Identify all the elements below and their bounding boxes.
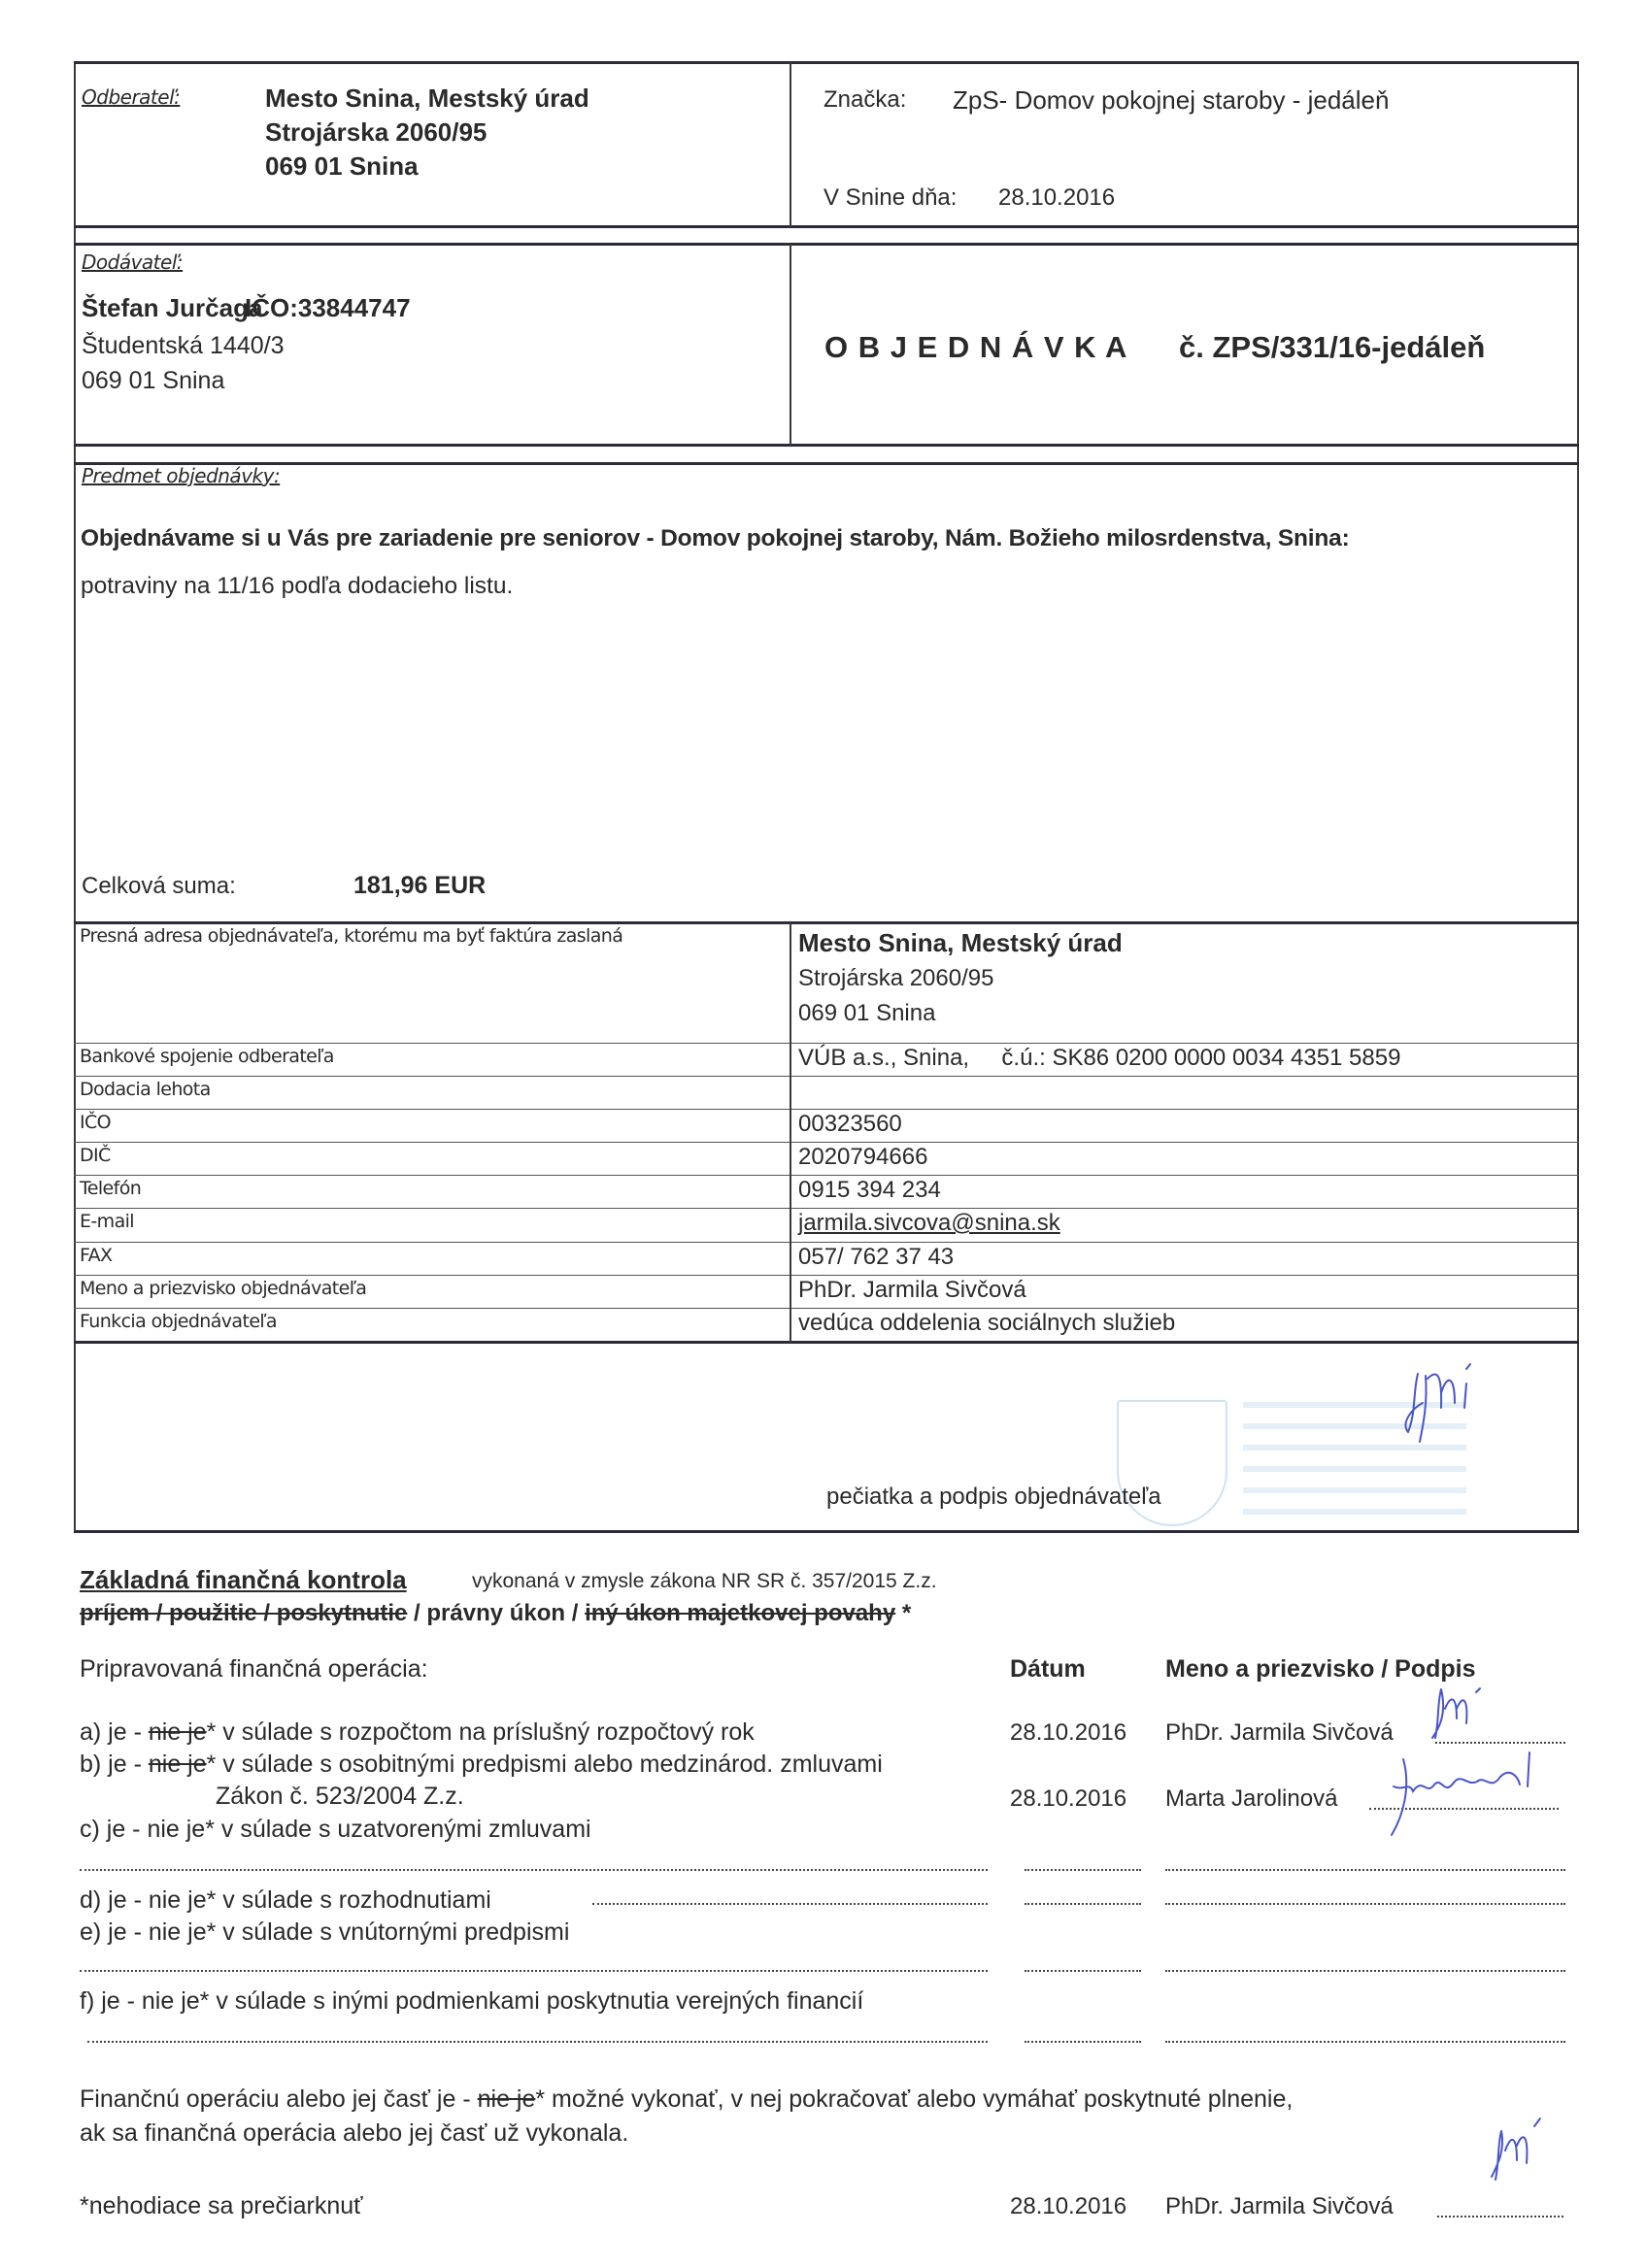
detail-value: 2020794666: [798, 1144, 927, 1171]
dotted-line: [1165, 1970, 1565, 1972]
divider: [74, 921, 1579, 924]
divider: [74, 225, 1579, 228]
signature-line: [1437, 2216, 1563, 2218]
detail-value: VÚB a.s., Snina, č.ú.: SK86 0200 0000 00…: [798, 1045, 1400, 1072]
control-type-star: *: [895, 1600, 911, 1626]
control-item-b-law: Zákon č. 523/2004 Z.z.: [216, 1783, 464, 1811]
control-item-a-date: 28.10.2016: [1010, 1719, 1126, 1747]
detail-label: DIČ: [80, 1145, 111, 1166]
control-item-a: a) je - nie je* v súlade s rozpočtom na …: [80, 1718, 755, 1747]
divider: [74, 462, 1579, 465]
dotted-line: [1165, 1869, 1565, 1871]
reference-label: Značka:: [823, 86, 906, 114]
detail-label: Meno a priezvisko objednávateľa: [80, 1278, 366, 1299]
column-divider: [790, 62, 791, 227]
buyer-label: Odberateľ:: [82, 85, 180, 109]
dotted-line: [1165, 2041, 1565, 2043]
signature-icon: [1398, 1364, 1505, 1451]
supplier-ico: IČO:33844747: [245, 293, 411, 323]
reference-value: ZpS- Domov pokojnej staroby - jedáleň: [953, 85, 1389, 116]
detail-label: Telefón: [80, 1178, 141, 1199]
detail-label: E-mail: [80, 1211, 134, 1232]
subject-line-2: potraviny na 11/16 podľa dodacieho listu…: [81, 573, 513, 600]
control-item-d: d) je - nie je* v súlade s rozhodnutiami: [80, 1886, 491, 1915]
detail-value: 057/ 762 37 43: [798, 1244, 954, 1271]
signature-icon: [1428, 1684, 1486, 1743]
total-value: 181,96 EUR: [353, 872, 486, 900]
control-item-e: e) je - nie je* v súlade s vnútornými pr…: [80, 1918, 569, 1947]
detail-value: 00323560: [798, 1111, 902, 1138]
dotted-line: [87, 2041, 988, 2043]
divider: [74, 1208, 1579, 1209]
final-date: 28.10.2016: [1010, 2193, 1126, 2220]
detail-label: Dodacia lehota: [80, 1079, 211, 1100]
supplier-street: Študentská 1440/3: [82, 332, 285, 360]
control-item-b: b) je - nie je* v súlade s osobitnými pr…: [80, 1751, 883, 1779]
supplier-city: 069 01 Snina: [82, 367, 224, 395]
divider: [74, 1175, 1579, 1176]
conclusion-line-1: Finančnú operáciu alebo jej časť je - ni…: [80, 2085, 1293, 2114]
date-label: V Snine dňa:: [823, 184, 957, 212]
control-item-b-name: Marta Jarolinová: [1165, 1785, 1337, 1813]
control-item-f: f) je - nie je* v súlade s inými podmien…: [80, 1987, 863, 2016]
billing-name: Mesto Snina, Mestský úrad: [798, 928, 1123, 958]
table-border-bottom: [74, 1530, 1579, 1533]
detail-label: FAX: [80, 1245, 112, 1266]
control-law: vykonaná v zmysle zákona NR SR č. 357/20…: [472, 1570, 937, 1593]
detail-label: IČO: [80, 1112, 111, 1133]
dotted-line: [1025, 2041, 1141, 2043]
table-border-right: [1577, 62, 1579, 1533]
control-item-c: c) je - nie je* v súlade s uzatvorenými …: [80, 1816, 591, 1844]
divider: [74, 243, 1579, 246]
order-number: č. ZPS/331/16-jedáleň: [1179, 330, 1485, 365]
detail-value: vedúca oddelenia sociálnych služieb: [798, 1310, 1175, 1337]
subject-line-1: Objednávame si u Vás pre zariadenie pre …: [81, 525, 1350, 552]
detail-label: Bankové spojenie odberateľa: [80, 1046, 334, 1067]
detail-label: Funkcia objednávateľa: [80, 1311, 277, 1332]
email-link[interactable]: jarmila.sivcova@snina.sk: [798, 1210, 1060, 1237]
dotted-line: [80, 1970, 988, 1972]
dotted-line: [1025, 1903, 1141, 1905]
detail-value: PhDr. Jarmila Sivčová: [798, 1277, 1026, 1304]
control-type-struck-1: príjem / použitie / poskytnutie: [80, 1600, 407, 1626]
billing-city: 069 01 Snina: [798, 1000, 935, 1027]
table-border-top: [74, 61, 1579, 64]
divider: [74, 1341, 1579, 1344]
control-item-b-date: 28.10.2016: [1010, 1785, 1126, 1813]
signature-icon: [1384, 1748, 1559, 1845]
divider: [74, 1242, 1579, 1243]
divider: [74, 1043, 1579, 1044]
divider: [74, 1142, 1579, 1143]
supplier-label: Dodávateľ:: [82, 250, 183, 274]
dotted-line: [80, 1869, 988, 1871]
dotted-line: [592, 1903, 988, 1905]
subject-label: Predmet objednávky:: [82, 464, 280, 487]
supplier-name: Štefan Jurčaga: [82, 293, 262, 323]
stamp-caption: pečiatka a podpis objednávateľa: [826, 1484, 1161, 1511]
operation-label: Pripravovaná finančná operácia:: [80, 1655, 428, 1684]
date-value: 28.10.2016: [998, 184, 1115, 212]
divider: [74, 1076, 1579, 1077]
dotted-line: [1025, 1970, 1141, 1972]
dotted-line: [1025, 1869, 1141, 1871]
buyer-name: Mesto Snina, Mestský úrad: [265, 83, 589, 114]
col-date-header: Dátum: [1010, 1655, 1086, 1684]
control-type-line: príjem / použitie / poskytnutie / právny…: [80, 1600, 911, 1627]
divider: [74, 1308, 1579, 1309]
buyer-street: Strojárska 2060/95: [265, 117, 487, 148]
detail-value: 0915 394 234: [798, 1177, 941, 1204]
footnote: *nehodiace sa prečiarknuť: [80, 2192, 363, 2220]
column-divider: [790, 244, 791, 446]
col-name-header: Meno a priezvisko / Podpis: [1165, 1655, 1476, 1684]
total-label: Celková suma:: [82, 873, 236, 900]
divider: [74, 1275, 1579, 1276]
billing-label: Presná adresa objednávateľa, ktorému ma …: [80, 925, 622, 947]
signature-icon: [1486, 2117, 1544, 2185]
table-border-left: [74, 62, 76, 1533]
conclusion-line-2: ak sa finančná operácia alebo jej časť u…: [80, 2119, 628, 2148]
control-type-struck-2: iný úkon majetkovej povahy: [585, 1600, 895, 1626]
order-title: O B J E D N Á V K A: [824, 330, 1127, 365]
buyer-city: 069 01 Snina: [265, 151, 419, 182]
divider: [74, 1109, 1579, 1110]
control-title: Základná finančná kontrola: [80, 1565, 407, 1595]
control-item-a-name: PhDr. Jarmila Sivčová: [1165, 1719, 1394, 1747]
dotted-line: [1165, 1903, 1565, 1905]
divider: [74, 444, 1579, 447]
billing-street: Strojárska 2060/95: [798, 965, 993, 992]
final-name: PhDr. Jarmila Sivčová: [1165, 2193, 1394, 2220]
control-type-mid: / právny úkon /: [407, 1600, 585, 1626]
column-divider: [790, 922, 791, 1343]
